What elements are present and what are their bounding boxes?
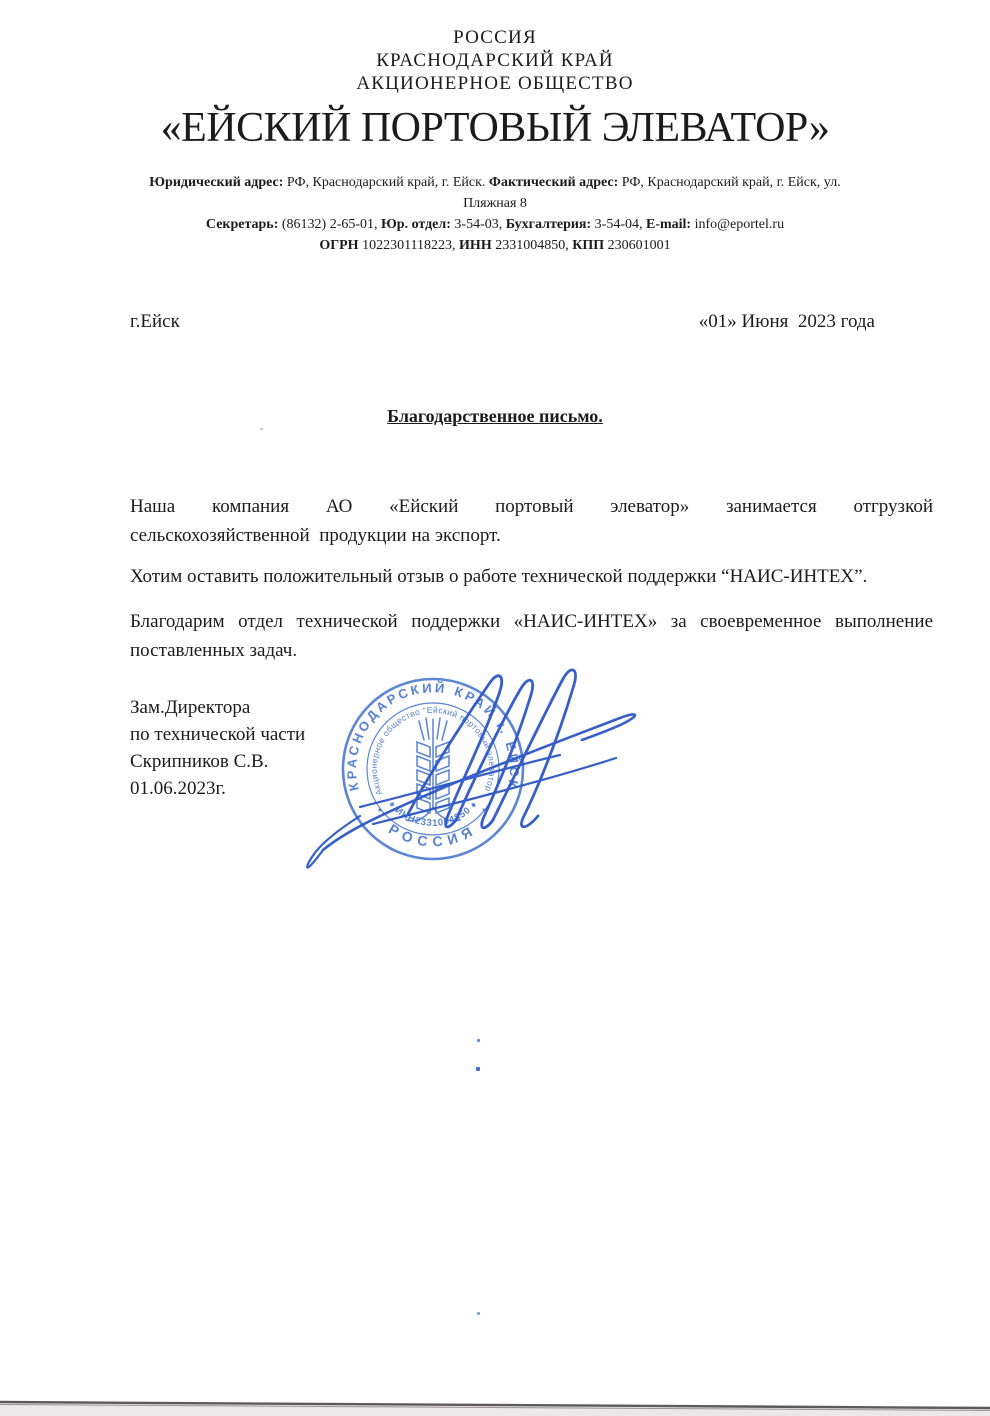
paragraph-2: Хотим оставить положительный отзыв о раб… xyxy=(130,562,933,591)
actual-address-label: Фактический адрес: xyxy=(489,175,618,190)
letterhead: РОССИЯ КРАСНОДАРСКИЙ КРАЙ АКЦИОНЕРНОЕ ОБ… xyxy=(0,26,990,95)
contacts-phones-line: Секретарь: (86132) 2-65-01, Юр. отдел: 3… xyxy=(95,214,895,235)
actual-address-value: РФ, Краснодарский край, г. Ейск, ул. xyxy=(618,175,840,190)
kpp-value: 230601001 xyxy=(604,238,671,253)
signature-date: 01.06.2023г. xyxy=(130,775,305,802)
paragraph-1-line-1: Наша компания АО «Ейский портовый элеват… xyxy=(130,492,933,521)
legal-address-label: Юридический адрес: xyxy=(149,175,283,190)
signer-name: Скрипников С.В. xyxy=(130,748,305,775)
letterhead-contacts: Юридический адрес: РФ, Краснодарский кра… xyxy=(95,172,895,256)
inn-value: 2331004850, xyxy=(492,238,573,253)
secretary-phone: (86132) 2-65-01, xyxy=(278,217,381,232)
ink-speck xyxy=(477,1039,480,1042)
contacts-registry-line: ОГРН 1022301118223, ИНН 2331004850, КПП … xyxy=(95,235,895,256)
email-value: info@eportel.ru xyxy=(691,217,784,232)
stamp-diamond-left: ♦ xyxy=(378,807,382,814)
letter-date: «01» Июня 2023 года xyxy=(699,310,875,334)
company-stamp-and-signature: КРАСНОДАРСКИЙ КРАЙ г. ЕЙСК РОССИЯ ♦ ИНН2… xyxy=(298,652,690,880)
ogrn-value: 1022301118223, xyxy=(359,238,459,253)
signer-position-1: Зам.Директора xyxy=(130,694,305,721)
paragraph-1-line-2: сельскохозяйственной продукции на экспор… xyxy=(130,521,933,550)
inn-label: ИНН xyxy=(459,238,492,253)
ink-speck xyxy=(476,1067,480,1071)
contacts-address-line-2: Пляжная 8 xyxy=(95,193,895,214)
dateline: г.Ейск «01» Июня 2023 года xyxy=(130,310,875,334)
ogrn-label: ОГРН xyxy=(319,238,358,253)
accounting-label: Бухгалтерия: xyxy=(506,217,591,232)
paragraph-3-line-1: Благодарим отдел технической поддержки «… xyxy=(130,607,933,636)
city: г.Ейск xyxy=(130,310,180,334)
dust-speck xyxy=(260,428,263,430)
letter-body: Наша компания АО «Ейский портовый элеват… xyxy=(130,492,933,665)
legal-dept-label: Юр. отдел: xyxy=(381,217,451,232)
signer-position-2: по технической части xyxy=(130,721,305,748)
legal-address-value: РФ, Краснодарский край, г. Ейск. xyxy=(283,175,489,190)
company-title: «ЕЙСКИЙ ПОРТОВЫЙ ЭЛЕВАТОР» xyxy=(0,104,990,152)
contacts-address-line: Юридический адрес: РФ, Краснодарский кра… xyxy=(95,172,895,193)
legal-dept-phone: 3-54-03, xyxy=(451,217,506,232)
ink-speck xyxy=(477,1312,480,1315)
letter-page: РОССИЯ КРАСНОДАРСКИЙ КРАЙ АКЦИОНЕРНОЕ ОБ… xyxy=(0,0,990,1416)
signature-block: Зам.Директора по технической части Скрип… xyxy=(130,694,305,802)
letterhead-org-type: АКЦИОНЕРНОЕ ОБЩЕСТВО xyxy=(0,72,990,95)
secretary-label: Секретарь: xyxy=(206,217,278,232)
letter-subject: Благодарственное письмо. xyxy=(0,406,990,427)
scan-edge-artifact xyxy=(0,1394,990,1416)
email-label: E-mail: xyxy=(646,217,691,232)
kpp-label: КПП xyxy=(572,238,604,253)
letterhead-country: РОССИЯ xyxy=(0,26,990,49)
accounting-phone: 3-54-04, xyxy=(591,217,646,232)
letterhead-region: КРАСНОДАРСКИЙ КРАЙ xyxy=(0,49,990,72)
